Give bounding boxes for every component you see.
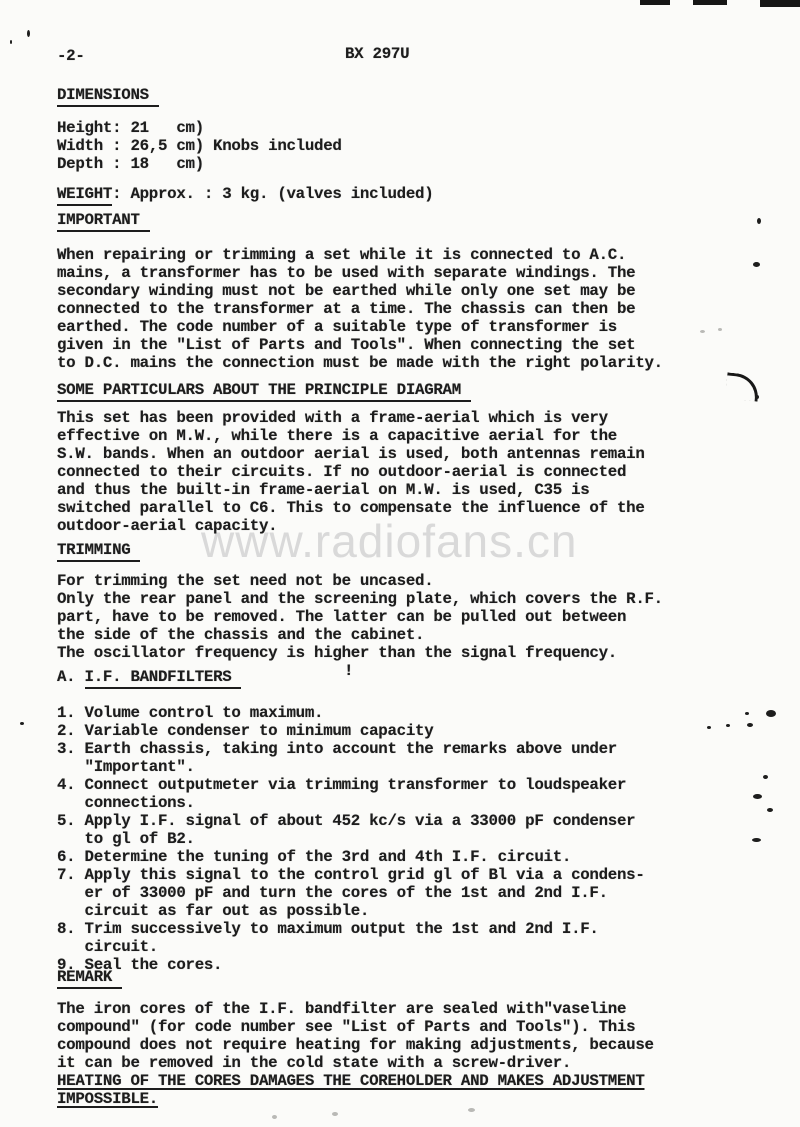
particulars-heading: SOME PARTICULARS ABOUT THE PRINCIPLE DIA… <box>57 381 471 402</box>
particulars-heading-text: SOME PARTICULARS ABOUT THE PRINCIPLE DIA… <box>57 381 471 402</box>
doc-reference: BX 297U <box>345 45 409 63</box>
scan-speck <box>752 838 761 842</box>
bandfilters-steps: 1. Volume control to maximum. 2. Variabl… <box>57 704 645 974</box>
scan-speck <box>757 218 761 224</box>
scan-speck <box>766 710 776 717</box>
important-heading-text: IMPORTANT <box>57 211 150 232</box>
weight-line: WEIGHT: Approx. : 3 kg. (valves included… <box>57 185 433 206</box>
remark-emphasis: HEATING OF THE CORES DAMAGES THE COREHOL… <box>57 1072 645 1108</box>
scan-speck <box>27 30 30 37</box>
document-page: www.radiofans.cn -2- BX 297U DIMENSIONS … <box>0 0 800 1127</box>
scan-streak <box>640 0 670 5</box>
scan-speck <box>332 1112 338 1116</box>
scan-speck <box>753 794 762 799</box>
scan-speck <box>767 808 773 812</box>
bandfilters-heading-prefix: A. <box>57 668 85 686</box>
scan-speck <box>763 775 768 779</box>
scan-speck <box>747 723 753 727</box>
scan-speck <box>726 724 730 727</box>
scan-speck <box>707 726 711 729</box>
remark-heading: REMARK <box>57 968 122 989</box>
scan-speck <box>468 1108 475 1112</box>
scan-streak <box>760 0 800 7</box>
trimming-heading-text: TRIMMING <box>57 541 140 562</box>
scan-speck <box>20 722 24 725</box>
dimensions-heading: DIMENSIONS <box>57 86 159 107</box>
scan-speck <box>745 712 749 715</box>
page-number: -2- <box>57 47 85 65</box>
scan-streak <box>693 0 727 5</box>
scan-speck <box>700 330 705 333</box>
important-body: When repairing or trimming a set while i… <box>57 246 663 372</box>
trimming-heading: TRIMMING <box>57 541 140 562</box>
remark-body: The iron cores of the I.F. bandfilter ar… <box>57 1000 654 1072</box>
weight-label: WEIGHT <box>57 185 112 206</box>
trimming-body: For trimming the set need not be uncased… <box>57 572 663 662</box>
particulars-body: This set has been provided with a frame-… <box>57 409 645 535</box>
bandfilters-heading-text: I.F. BANDFILTERS <box>85 668 242 689</box>
scan-speck <box>753 262 760 267</box>
dimensions-body: Height: 21 cm) Width : 26,5 cm) Knobs in… <box>57 119 342 173</box>
scan-speck <box>272 1115 277 1119</box>
scan-speck <box>718 328 722 331</box>
important-heading: IMPORTANT <box>57 211 150 232</box>
remark-heading-text: REMARK <box>57 968 122 989</box>
stray-exclamation-artifact: ! <box>344 662 353 680</box>
scan-speck <box>755 395 759 399</box>
bandfilters-heading: A. I.F. BANDFILTERS <box>57 668 241 689</box>
dimensions-heading-text: DIMENSIONS <box>57 86 159 107</box>
scan-speck <box>10 40 12 44</box>
weight-text: : Approx. : 3 kg. (valves included) <box>112 185 433 203</box>
